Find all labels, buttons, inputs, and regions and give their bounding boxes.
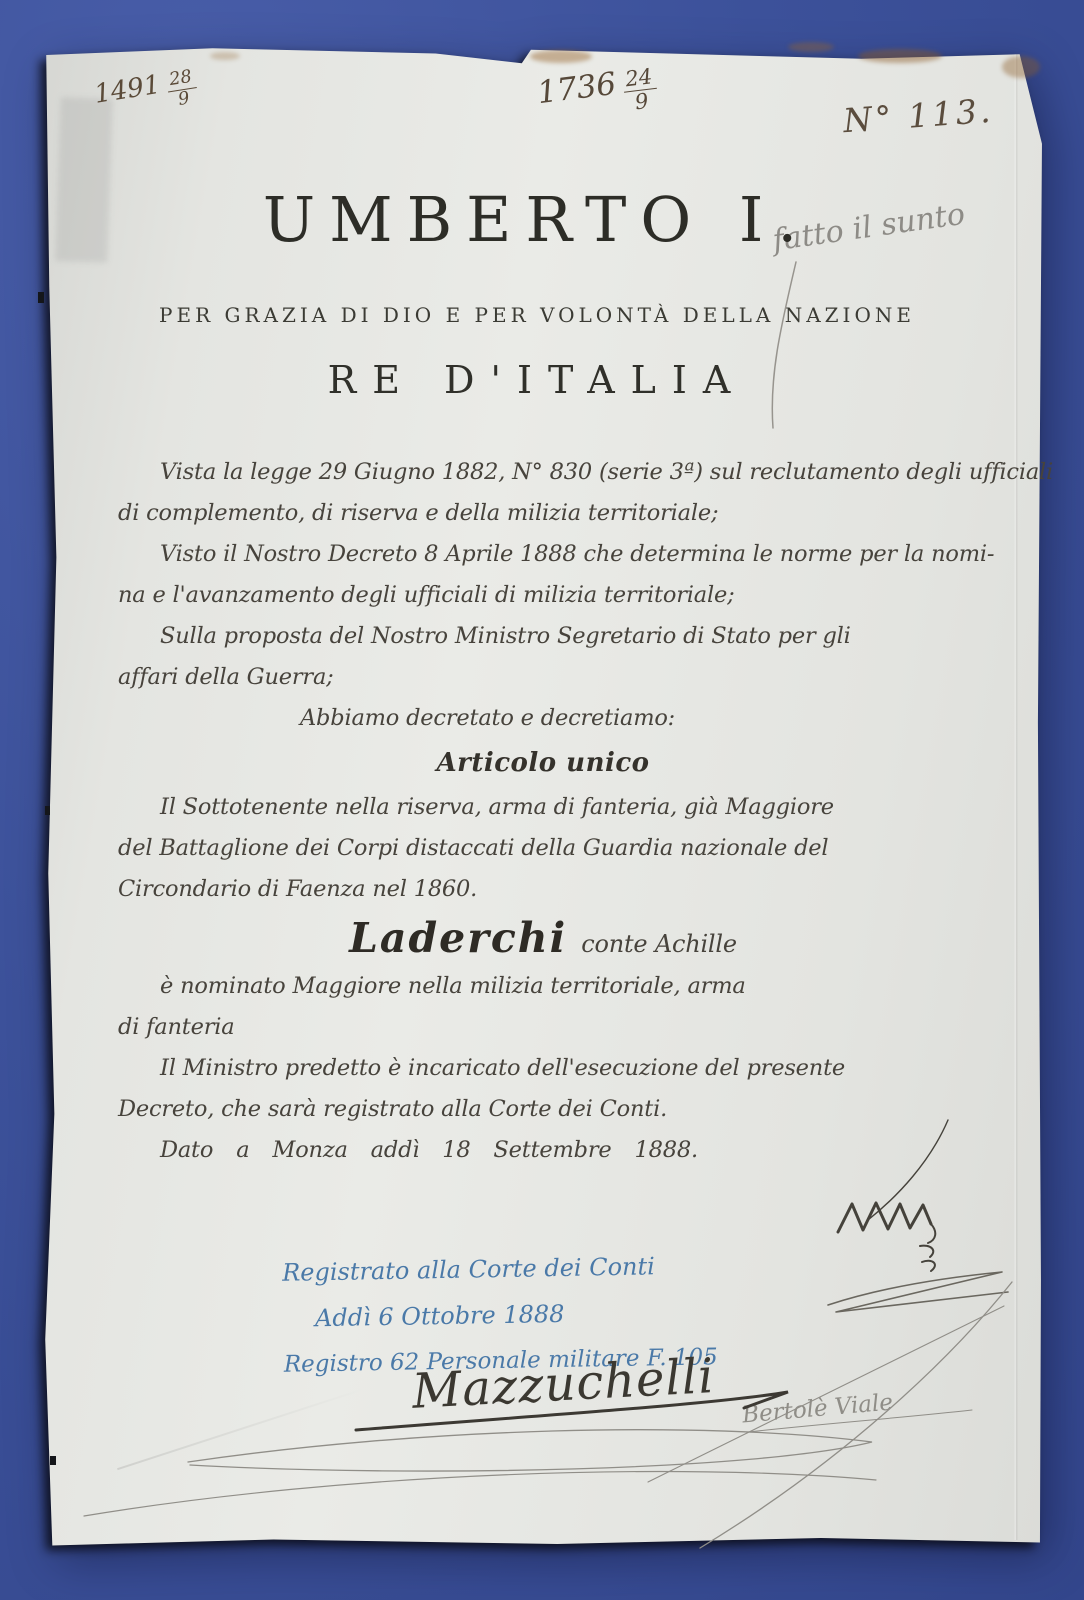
filing-annotation-top-left: 1491289 [92, 64, 199, 122]
royal-motto: PER GRAZIA DI DIO E PER VOLONTÀ DELLA NA… [30, 303, 1044, 327]
manuscript-line: del Battaglione dei Corpi distaccati del… [118, 828, 968, 869]
filing-annotation-top-center: 1736249 [535, 61, 659, 125]
manuscript-body: Vista la legge 29 Giugno 1882, N° 830 (s… [118, 452, 968, 1171]
manuscript-line: Visto il Nostro Decreto 8 Aprile 1888 ch… [118, 534, 968, 575]
dateline: Dato a Monza addì 18 Settembre 1888. [118, 1130, 968, 1171]
filing-number: 1491 [92, 70, 162, 110]
manuscript-line: Circondario di Faenza nel 1860. [118, 869, 968, 910]
article-heading: Articolo unico [118, 739, 968, 787]
filing-date-fraction: 289 [165, 67, 199, 110]
manuscript-line: di complemento, di riserva e della miliz… [118, 493, 968, 534]
manuscript-line: na e l'avanzamento degli ufficiali di mi… [118, 575, 968, 616]
manuscript-line: Abbiamo decretato e decretiamo: [118, 698, 968, 739]
manuscript-line: Il Ministro predetto è incaricato dell'e… [118, 1048, 968, 1089]
appointee-surname: Laderchi [349, 914, 567, 962]
document-content: 1491289 1736249 N° 113. fatto il sunto U… [0, 0, 1084, 1600]
registration-line: Addì 6 Ottobre 1888 [283, 1288, 718, 1342]
appointee-title: conte Achille [581, 930, 737, 958]
manuscript-line: Vista la legge 29 Giugno 1882, N° 830 (s… [118, 452, 968, 493]
document-subtitle: RE D'ITALIA [30, 358, 1044, 402]
manuscript-line: Decreto, che sarà registrato alla Corte … [118, 1089, 968, 1130]
registration-line: Registrato alla Corte dei Conti [282, 1242, 717, 1296]
manuscript-line: affari della Guerra; [118, 657, 968, 698]
manuscript-line: Il Sottotenente nella riserva, arma di f… [118, 787, 968, 828]
appointee-name-line: Laderchiconte Achille [118, 910, 968, 966]
manuscript-line: è nominato Maggiore nella milizia territ… [118, 966, 968, 1007]
manuscript-line: di fanteria [118, 1007, 968, 1048]
protocol-number: 1736 [535, 66, 618, 111]
protocol-date-fraction: 249 [621, 65, 659, 115]
photo-of-royal-decree: { "photo": { "mat_color": "#3c519a", "pa… [0, 0, 1084, 1600]
minister-signature: Bertolè Viale [741, 1389, 894, 1428]
manuscript-line: Sulla proposta del Nostro Ministro Segre… [118, 616, 968, 657]
document-title: UMBERTO I. [30, 183, 1044, 256]
decree-number-annotation: N° 113. [842, 91, 995, 140]
